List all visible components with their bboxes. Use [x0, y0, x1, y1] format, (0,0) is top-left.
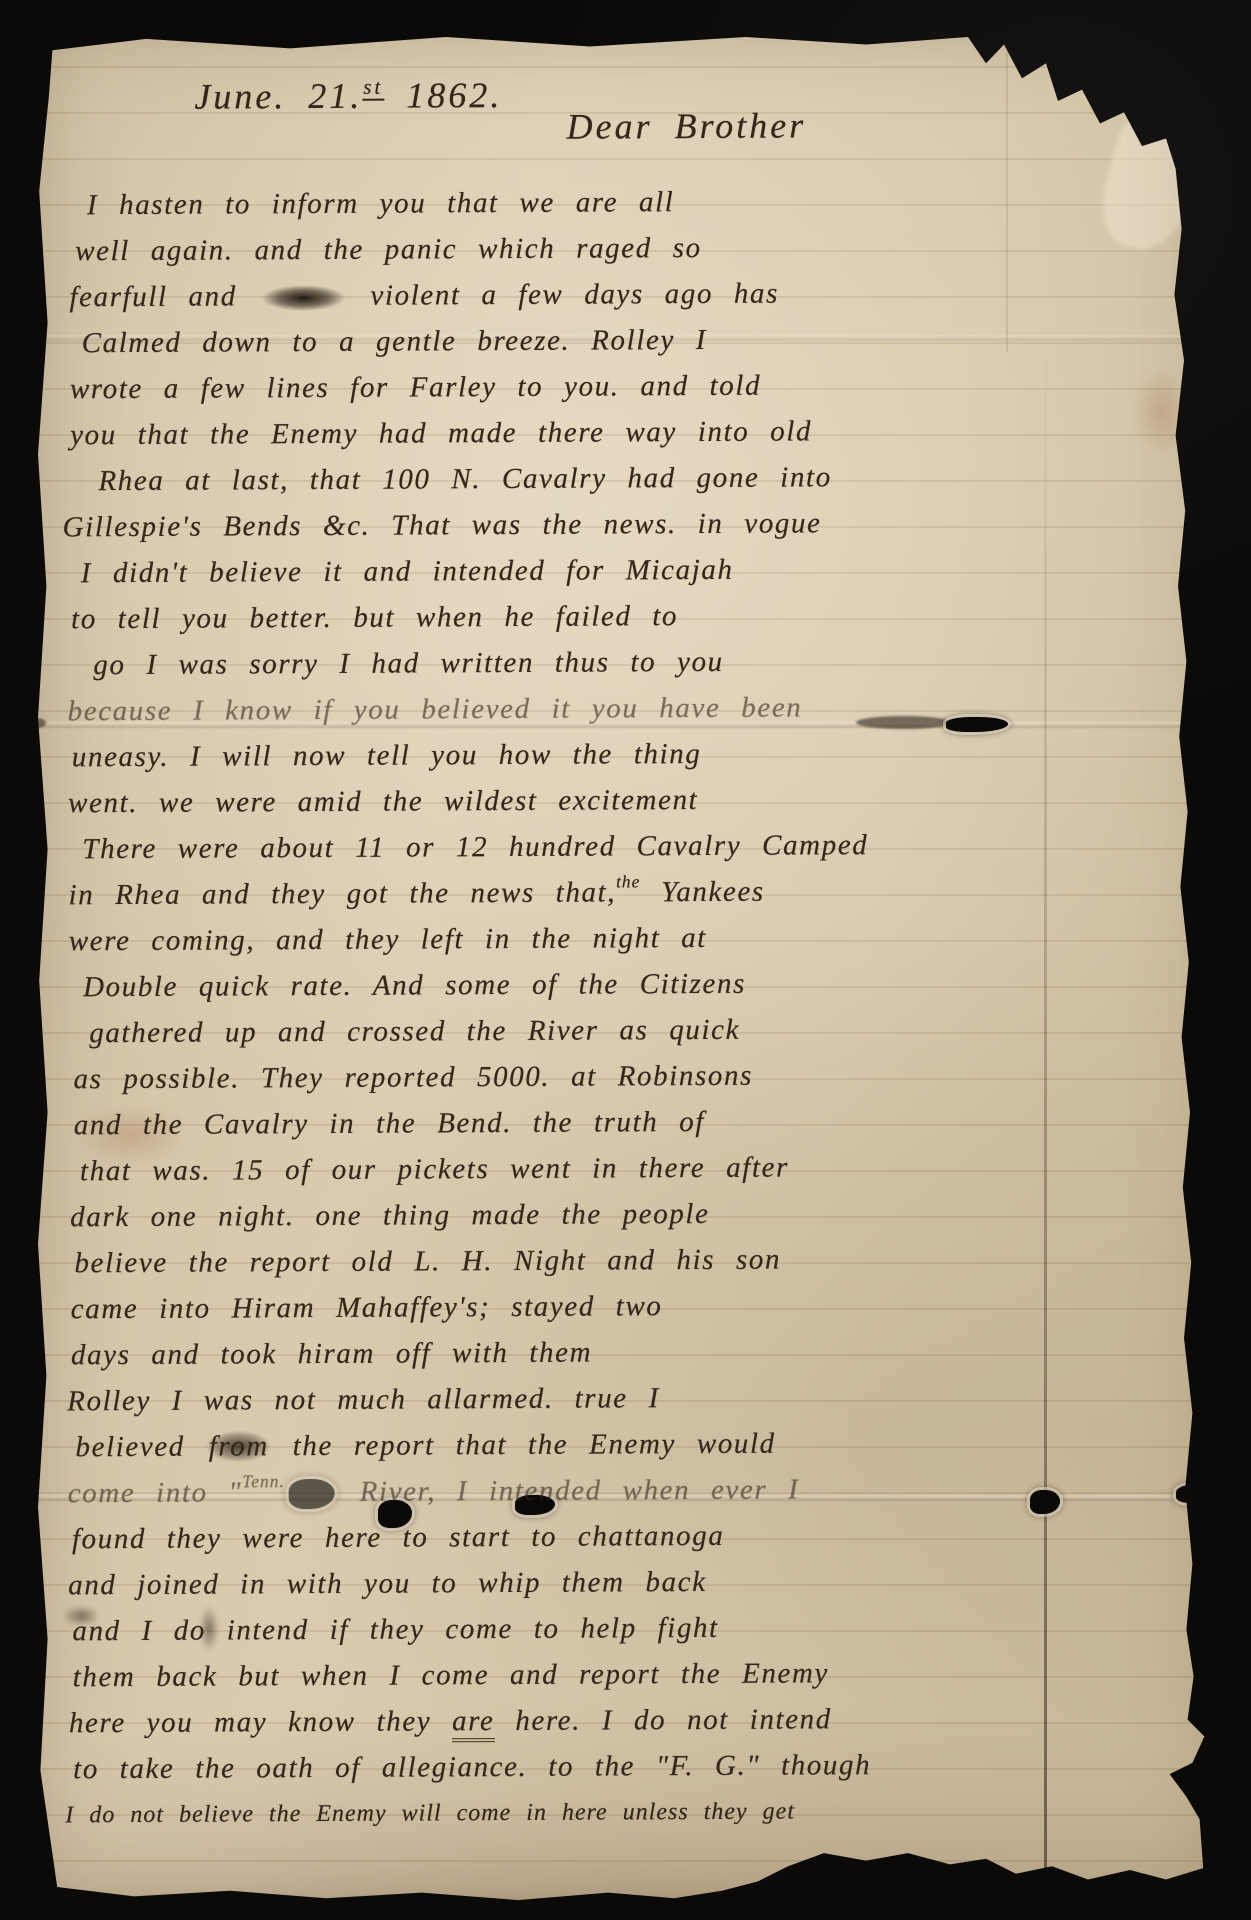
letter-line: you that the Enemy had made there way in… [70, 406, 1208, 458]
letter-text-segment: believed [75, 1431, 205, 1464]
date-prefix: June. 21. [194, 76, 362, 117]
letter-line: I didn't believe it and intended for Mic… [81, 544, 1209, 596]
letter-line: in Rhea and they got the news that,the Y… [68, 866, 1210, 918]
letter-line: here you may know they are here. I do no… [69, 1694, 1215, 1746]
letter-text-segment: Yankees [640, 876, 765, 909]
letter-text-segment: the report that the Enemy would [272, 1428, 776, 1463]
letter-text-segment: to tell you better. but when he failed t… [71, 600, 678, 635]
letter-line: because I know if you believed it you ha… [67, 682, 1209, 734]
letter-line: believe the report old L. H. Night and h… [74, 1234, 1212, 1286]
letter-line: There were about 11 or 12 hundred Cavalr… [82, 820, 1210, 872]
letter-line: come into "Tenn. River, I intended when … [68, 1464, 1214, 1516]
letter-line: that was. 15 of our pickets went in ther… [80, 1142, 1212, 1194]
inserted-word: Tenn. [242, 1471, 285, 1491]
letter-line: to tell you better. but when he failed t… [71, 590, 1209, 642]
letter-text-segment: them back but when I come and report the… [73, 1657, 830, 1693]
letter-text-segment: go I was sorry I had written thus to you [93, 646, 724, 681]
letter-text-segment: well again. and the panic which raged so [75, 232, 702, 267]
letter-text-segment: River, I intended when ever I [339, 1473, 800, 1507]
letter-line: Rhea at last, that 100 N. Cavalry had go… [98, 452, 1208, 504]
letter-line: and the Cavalry in the Bend. the truth o… [74, 1096, 1212, 1148]
date-year: 1862. [384, 75, 502, 116]
letter-line: uneasy. I will now tell you how the thin… [72, 728, 1210, 780]
letter-text-segment: because I know if you believed it you ha… [68, 691, 803, 727]
letter-text-segment: came into Hiram Mahaffey's; stayed two [71, 1290, 663, 1325]
letter-line: them back but when I come and report the… [73, 1648, 1215, 1700]
letter-line: found they were here to start to chattan… [72, 1510, 1214, 1562]
salutation: Dear Brother [566, 104, 806, 147]
letter-text-segment: found they were here to start to chattan… [72, 1520, 725, 1555]
ink-blot: from [206, 1430, 272, 1462]
letter-line: went. we were amid the wildest excitemen… [68, 774, 1210, 826]
letter-line: believed from the report that the Enemy … [75, 1418, 1213, 1470]
letter-line: Gillespie's Bends &c. That was the news.… [63, 498, 1209, 550]
letter-text-segment: uneasy. I will now tell you how the thin… [72, 738, 702, 773]
letter-line: wrote a few lines for Farley to you. and… [70, 360, 1208, 412]
letter-content: June. 21.st 1862. Dear Brother I hasten … [26, 18, 1236, 1904]
letter-line: Double quick rate. And some of the Citiz… [83, 958, 1211, 1010]
letter-line: days and took hiram off with them [71, 1326, 1213, 1378]
letter-text-segment: dark one night. one thing made the peopl… [70, 1198, 709, 1233]
letter-line: gathered up and crossed the River as qui… [89, 1004, 1211, 1056]
letter-text-segment: believe the report old L. H. Night and h… [74, 1244, 781, 1280]
letter-text-segment: Gillespie's Bends &c. That was the news.… [63, 507, 822, 543]
letter-text-segment: Rolley I was not much allarmed. true I [67, 1382, 660, 1417]
letter-line: I hasten to inform you that we are all [87, 176, 1207, 228]
date-line: June. 21.st 1862. [194, 74, 502, 118]
letter-line: fearfull and violent a few days ago has [69, 268, 1207, 320]
letter-text-segment: went. we were amid the wildest excitemen… [68, 784, 698, 819]
letter-line: as possible. They reported 5000. at Robi… [73, 1050, 1211, 1102]
letter-line: and I do intend if they come to help fig… [72, 1602, 1214, 1654]
letter-text-segment: come into " [68, 1476, 243, 1509]
letter-text-segment: violent a few days ago has [350, 278, 780, 312]
letter-text-segment: as possible. They reported 5000. at Robi… [73, 1060, 753, 1096]
letter-text-segment: I hasten to inform you that we are all [87, 186, 675, 221]
letter-text-segment: and joined in with you to whip them back [68, 1566, 707, 1601]
letter-text-segment: gathered up and crossed the River as qui… [89, 1014, 740, 1049]
letter-line: were coming, and they left in the night … [69, 912, 1211, 964]
letter-line: to take the oath of allegiance. to the "… [73, 1740, 1215, 1792]
paper-hole-inline [289, 1479, 335, 1509]
letter-paper: June. 21.st 1862. Dear Brother I hasten … [26, 22, 1226, 1902]
ink-blot [262, 285, 346, 311]
letter-text-segment: fearfull and [69, 280, 257, 313]
letter-line: came into Hiram Mahaffey's; stayed two [71, 1280, 1213, 1332]
letter-text-segment: here. I do not intend [494, 1703, 832, 1737]
letter-text-segment: you that the Enemy had made there way in… [70, 415, 812, 451]
letter-line: Calmed down to a gentle breeze. Rolley I [82, 314, 1208, 366]
letter-text-segment: and I do intend if they come to help fig… [72, 1612, 719, 1647]
letter-text-segment: Double quick rate. And some of the Citiz… [83, 968, 746, 1003]
letter-line: I do not believe the Enemy will come in … [65, 1786, 1215, 1838]
letter-text-segment: There were about 11 or 12 hundred Cavalr… [82, 829, 868, 865]
underlined-word: are [452, 1705, 495, 1742]
letter-text-segment: were coming, and they left in the night … [69, 922, 707, 957]
letter-line: Rolley I was not much allarmed. true I [67, 1372, 1213, 1424]
letter-text-segment: wrote a few lines for Farley to you. and… [70, 370, 761, 406]
letter-text-segment: to take the oath of allegiance. to the "… [73, 1749, 871, 1785]
letter-line: well again. and the panic which raged so [75, 222, 1207, 274]
letter-line: dark one night. one thing made the peopl… [70, 1188, 1212, 1240]
letter-text-segment: and the Cavalry in the Bend. the truth o… [74, 1106, 705, 1141]
letter-text-segment: in Rhea and they got the news that, [68, 876, 616, 911]
letter-text-segment: I didn't believe it and intended for Mic… [81, 554, 734, 589]
letter-text-segment: that was. 15 of our pickets went in ther… [80, 1152, 789, 1188]
letter-text-segment: here you may know they [69, 1705, 452, 1739]
inserted-word: the [616, 871, 640, 891]
letter-text-segment: Calmed down to a gentle breeze. Rolley I [82, 324, 707, 359]
letter-body: I hasten to inform you that we are allwe… [57, 176, 1216, 1838]
date-ordinal-superscript: st [362, 75, 384, 101]
letter-text-segment: Rhea at last, that 100 N. Cavalry had go… [98, 461, 832, 497]
letter-text-segment: I do not believe the Enemy will come in … [65, 1799, 795, 1829]
letter-text-segment: days and took hiram off with them [71, 1337, 592, 1372]
letter-line: go I was sorry I had written thus to you [93, 636, 1209, 688]
letter-line: and joined in with you to whip them back [68, 1556, 1214, 1608]
